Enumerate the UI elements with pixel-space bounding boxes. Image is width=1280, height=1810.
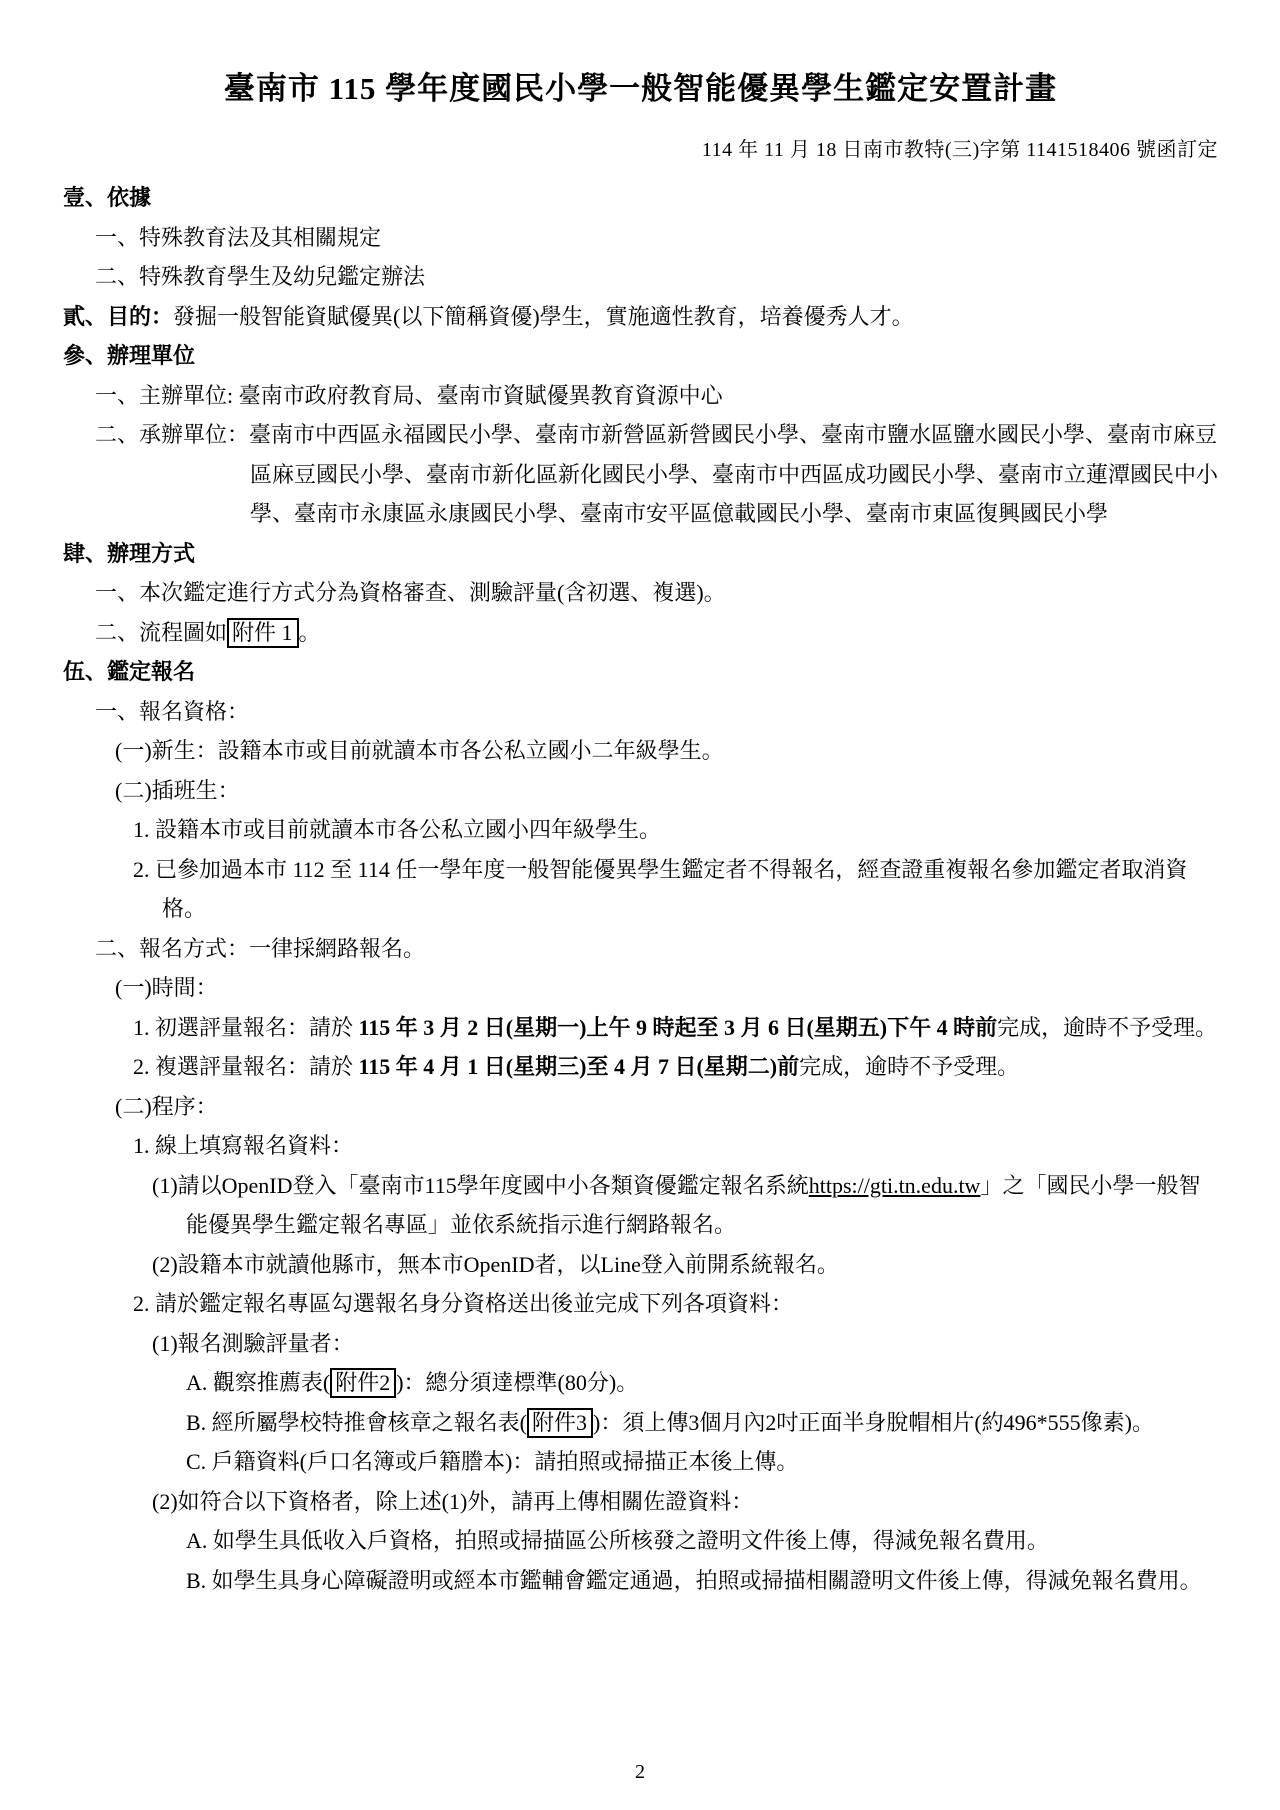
text-segment: )：須上傳3個月內2吋正面半身脫帽相片(約496*555像素)。 bbox=[593, 1410, 1154, 1435]
section-heading: 肆、辦理方式 bbox=[63, 534, 1218, 574]
text-segment: 一、主辦單位: 臺南市政府教育局、臺南市資賦優異教育資源中心 bbox=[95, 383, 723, 408]
list-item: 一、報名資格： bbox=[95, 692, 1218, 732]
text-segment: 完成，逾時不予受理。 bbox=[799, 1054, 1019, 1079]
text-segment: (2)設籍本市就讀他縣市，無本市OpenID者，以Line登入前開系統報名。 bbox=[152, 1252, 839, 1277]
list-item: 2. 請於鑑定報名專區勾選報名身分資格送出後並完成下列各項資料： bbox=[133, 1284, 1218, 1324]
list-item: 1. 線上填寫報名資料： bbox=[133, 1126, 1218, 1166]
list-item: 1. 初選評量報名：請於 115 年 3 月 2 日(星期一)上午 9 時起至 … bbox=[133, 1008, 1218, 1048]
text-segment: B. 如學生具身心障礙證明或經本市鑑輔會鑑定通過，拍照或掃描相關證明文件後上傳，… bbox=[186, 1568, 1202, 1593]
page-number: 2 bbox=[0, 1761, 1280, 1784]
text-segment: 2. 複選評量報名：請於 bbox=[133, 1054, 359, 1079]
list-item: 2. 已參加過本市 112 至 114 任一學年度一般智能優異學生鑑定者不得報名… bbox=[133, 850, 1218, 929]
list-item: 二、特殊教育學生及幼兒鑑定辦法 bbox=[95, 257, 1218, 297]
text-segment: A. 觀察推薦表( bbox=[186, 1370, 330, 1395]
list-item: C. 戶籍資料(戶口名簿或戶籍謄本)：請拍照或掃描正本後上傳。 bbox=[186, 1442, 1218, 1482]
text-segment: 二、特殊教育學生及幼兒鑑定辦法 bbox=[95, 264, 425, 289]
text-segment: 二、承辦單位：臺南市中西區永福國民小學、臺南市新營區新營國民小學、臺南市鹽水區鹽… bbox=[95, 422, 1218, 526]
text-segment: 二、流程圖如 bbox=[95, 620, 227, 645]
text-segment: 一、本次鑑定進行方式分為資格審查、測驗評量(含初選、複選)。 bbox=[95, 580, 726, 605]
list-item: B. 經所屬學校特推會核章之報名表(附件3)：須上傳3個月內2吋正面半身脫帽相片… bbox=[186, 1403, 1218, 1443]
text-segment: 二、報名方式：一律採網路報名。 bbox=[95, 936, 425, 961]
text-segment: 一、特殊教育法及其相關規定 bbox=[95, 225, 381, 250]
emphasis-text: 肆、辦理方式 bbox=[63, 541, 195, 566]
list-item: 一、特殊教育法及其相關規定 bbox=[95, 218, 1218, 258]
list-item: (二)程序： bbox=[115, 1087, 1218, 1127]
document-number: 114 年 11 月 18 日南市教特(三)字第 1141518406 號函訂定 bbox=[63, 133, 1218, 162]
list-item: (1)請以OpenID登入「臺南市115學年度國中小各類資優鑑定報名系統http… bbox=[152, 1166, 1218, 1245]
text-segment: 1. 線上填寫報名資料： bbox=[133, 1133, 353, 1158]
url-link[interactable]: https://gti.tn.edu.tw bbox=[809, 1173, 981, 1198]
list-item: 1. 設籍本市或目前就讀本市各公私立國小四年級學生。 bbox=[133, 810, 1218, 850]
list-item: 一、本次鑑定進行方式分為資格審查、測驗評量(含初選、複選)。 bbox=[95, 573, 1218, 613]
emphasis-text: 參、辦理單位 bbox=[63, 343, 195, 368]
list-item: (一)時間： bbox=[115, 968, 1218, 1008]
text-segment: 2. 已參加過本市 112 至 114 任一學年度一般智能優異學生鑑定者不得報名… bbox=[133, 857, 1187, 922]
text-segment: (一)新生：設籍本市或目前就讀本市各公私立國小二年級學生。 bbox=[115, 738, 724, 763]
document-page: 臺南市 115 學年度國民小學一般智能優異學生鑑定安置計畫 114 年 11 月… bbox=[0, 0, 1280, 1810]
text-segment: 1. 設籍本市或目前就讀本市各公私立國小四年級學生。 bbox=[133, 817, 661, 842]
text-segment: 發掘一般智能資賦優異(以下簡稱資優)學生，實施適性教育，培養優秀人才。 bbox=[173, 304, 914, 329]
list-item: B. 如學生具身心障礙證明或經本市鑑輔會鑑定通過，拍照或掃描相關證明文件後上傳，… bbox=[186, 1561, 1218, 1601]
text-segment: 2. 請於鑑定報名專區勾選報名身分資格送出後並完成下列各項資料： bbox=[133, 1291, 793, 1316]
text-segment: (2)如符合以下資格者，除上述(1)外，請再上傳相關佐證資料： bbox=[152, 1489, 753, 1514]
text-segment: 完成，逾時不予受理。 bbox=[997, 1015, 1217, 1040]
list-item: A. 如學生具低收入戶資格，拍照或掃描區公所核發之證明文件後上傳，得減免報名費用… bbox=[186, 1521, 1218, 1561]
text-segment: (1)請以OpenID登入「臺南市115學年度國中小各類資優鑑定報名系統 bbox=[152, 1173, 809, 1198]
section-heading: 貳、目的：發掘一般智能資賦優異(以下簡稱資優)學生，實施適性教育，培養優秀人才。 bbox=[63, 297, 1218, 337]
text-segment: )：總分須達標準(80分)。 bbox=[396, 1370, 638, 1395]
text-segment: B. 經所屬學校特推會核章之報名表( bbox=[186, 1410, 527, 1435]
emphasis-text: 貳、目的： bbox=[63, 304, 173, 329]
text-segment: (一)時間： bbox=[115, 975, 218, 1000]
emphasis-text: 伍、鑑定報名 bbox=[63, 659, 195, 684]
document-title: 臺南市 115 學年度國民小學一般智能優異學生鑑定安置計畫 bbox=[63, 70, 1218, 108]
list-item: A. 觀察推薦表(附件2)：總分須達標準(80分)。 bbox=[186, 1363, 1218, 1403]
list-item: 一、主辦單位: 臺南市政府教育局、臺南市資賦優異教育資源中心 bbox=[95, 376, 1218, 416]
section-heading: 壹、依據 bbox=[63, 178, 1218, 218]
emphasis-text: 115 年 4 月 1 日(星期三)至 4 月 7 日(星期二)前 bbox=[359, 1054, 800, 1079]
section-heading: 參、辦理單位 bbox=[63, 336, 1218, 376]
emphasis-text: 壹、依據 bbox=[63, 185, 151, 210]
list-item: 二、流程圖如附件 1。 bbox=[95, 613, 1218, 653]
list-item: 2. 複選評量報名：請於 115 年 4 月 1 日(星期三)至 4 月 7 日… bbox=[133, 1047, 1218, 1087]
text-segment: A. 如學生具低收入戶資格，拍照或掃描區公所核發之證明文件後上傳，得減免報名費用… bbox=[186, 1528, 1049, 1553]
text-segment: (二)插班生： bbox=[115, 778, 240, 803]
text-segment: 1. 初選評量報名：請於 bbox=[133, 1015, 359, 1040]
list-item: (一)新生：設籍本市或目前就讀本市各公私立國小二年級學生。 bbox=[115, 731, 1218, 771]
list-item: (二)插班生： bbox=[115, 771, 1218, 811]
attachment-ref: 附件3 bbox=[527, 1408, 593, 1438]
text-segment: 。 bbox=[299, 620, 321, 645]
list-item: (2)如符合以下資格者，除上述(1)外，請再上傳相關佐證資料： bbox=[152, 1482, 1218, 1522]
list-item: (2)設籍本市就讀他縣市，無本市OpenID者，以Line登入前開系統報名。 bbox=[152, 1245, 1218, 1285]
text-segment: 一、報名資格： bbox=[95, 699, 249, 724]
document-body: 壹、依據一、特殊教育法及其相關規定二、特殊教育學生及幼兒鑑定辦法貳、目的：發掘一… bbox=[63, 178, 1218, 1600]
text-segment: (二)程序： bbox=[115, 1094, 218, 1119]
list-item: 二、承辦單位：臺南市中西區永福國民小學、臺南市新營區新營國民小學、臺南市鹽水區鹽… bbox=[95, 415, 1218, 534]
emphasis-text: 115 年 3 月 2 日(星期一)上午 9 時起至 3 月 6 日(星期五)下… bbox=[359, 1015, 998, 1040]
list-item: (1)報名測驗評量者： bbox=[152, 1324, 1218, 1364]
attachment-ref: 附件 1 bbox=[227, 618, 299, 648]
text-segment: (1)報名測驗評量者： bbox=[152, 1331, 354, 1356]
section-heading: 伍、鑑定報名 bbox=[63, 652, 1218, 692]
list-item: 二、報名方式：一律採網路報名。 bbox=[95, 929, 1218, 969]
attachment-ref: 附件2 bbox=[330, 1368, 396, 1398]
text-segment: C. 戶籍資料(戶口名簿或戶籍謄本)：請拍照或掃描正本後上傳。 bbox=[186, 1449, 798, 1474]
